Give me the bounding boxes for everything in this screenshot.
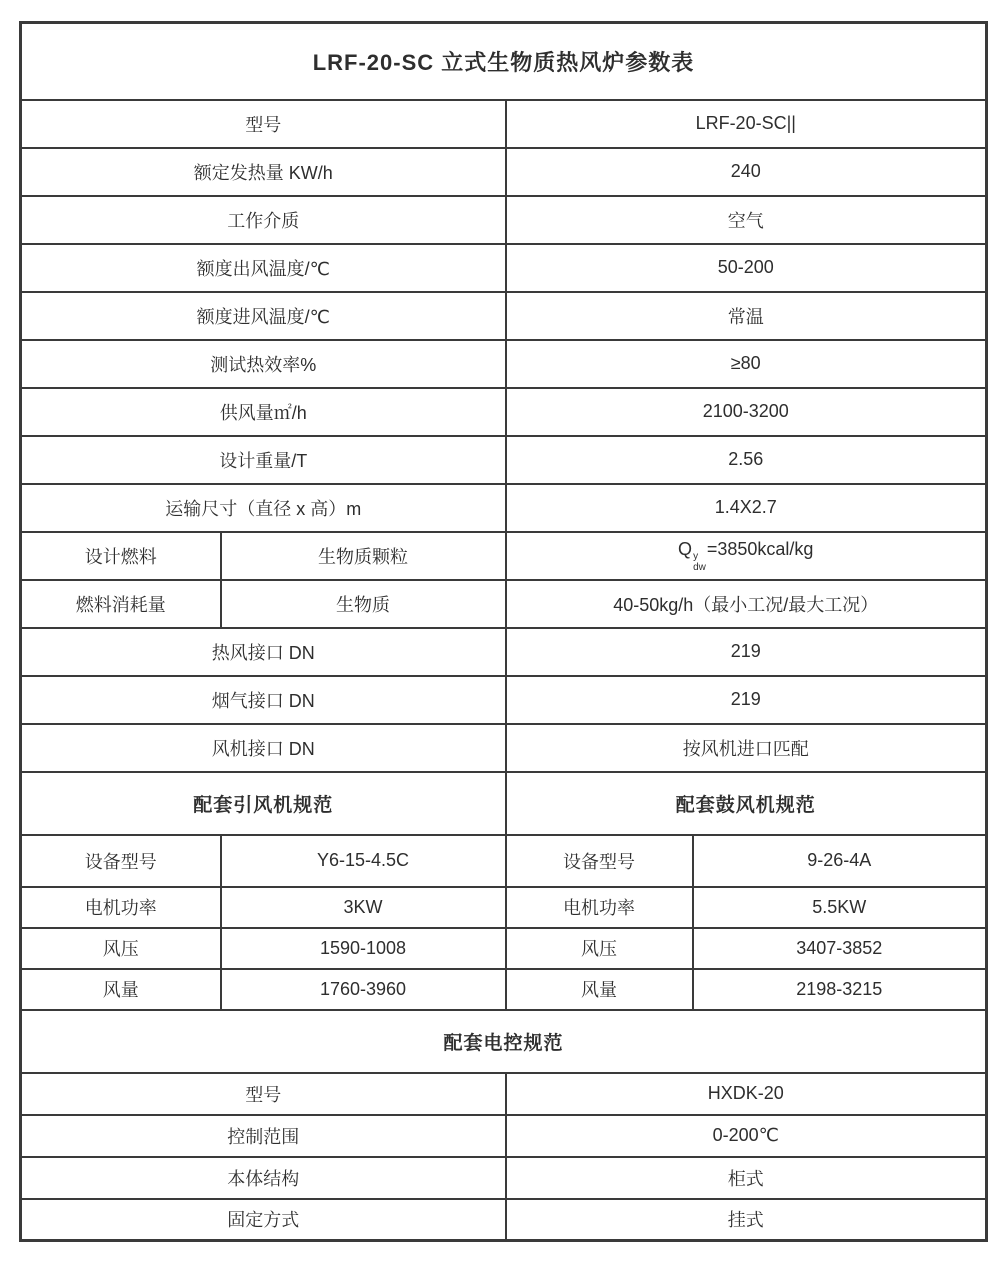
fuel-consumption-row: 燃料消耗量 生物质 40-50kg/h（最小工况/最大工况） xyxy=(21,580,987,628)
fan-section-header-row: 配套引风机规范 配套鼓风机规范 xyxy=(21,772,987,835)
spec-row-outlet-temp: 额度出风温度/℃ 50-200 xyxy=(21,244,987,292)
furnace-spec-table: LRF-20-SC 立式生物质热风炉参数表 型号 LRF-20-SC|| 额定发… xyxy=(19,21,988,1242)
control-row-range: 控制范围 0-200℃ xyxy=(21,1115,987,1157)
spec-row-thermal-efficiency: 测试热效率% ≥80 xyxy=(21,340,987,388)
design-fuel-row: 设计燃料 生物质颗粒 Qydw=3850kcal/kg xyxy=(21,532,987,580)
spec-label: 供风量㎡/h xyxy=(21,388,506,436)
fan-row-device-model: 设备型号 Y6-15-4.5C 设备型号 9-26-4A xyxy=(21,835,987,887)
control-section-header: 配套电控规范 xyxy=(21,1010,987,1073)
spec-label: 测试热效率% xyxy=(21,340,506,388)
fuel-consumption-label: 燃料消耗量 xyxy=(21,580,221,628)
control-value: 挂式 xyxy=(506,1199,987,1241)
control-value: 0-200℃ xyxy=(506,1115,987,1157)
spec-row-working-medium: 工作介质 空气 xyxy=(21,196,987,244)
control-label: 本体结构 xyxy=(21,1157,506,1199)
q-subscript: dw xyxy=(693,563,706,573)
spec-value: 2100-3200 xyxy=(506,388,987,436)
fan-row-air-volume: 风量 1760-3960 风量 2198-3215 xyxy=(21,969,987,1010)
fuel-consumption-type: 生物质 xyxy=(221,580,506,628)
port-label: 热风接口 DN xyxy=(21,628,506,676)
induced-fan-label: 风量 xyxy=(21,969,221,1010)
blower-fan-label: 风压 xyxy=(506,928,693,969)
blower-fan-label: 电机功率 xyxy=(506,887,693,928)
control-value: HXDK-20 xyxy=(506,1073,987,1115)
fan-row-motor-power: 电机功率 3KW 电机功率 5.5KW xyxy=(21,887,987,928)
spec-label: 额定发热量 KW/h xyxy=(21,148,506,196)
port-label: 烟气接口 DN xyxy=(21,676,506,724)
table-title: LRF-20-SC 立式生物质热风炉参数表 xyxy=(21,23,987,100)
control-label: 型号 xyxy=(21,1073,506,1115)
induced-fan-label: 电机功率 xyxy=(21,887,221,928)
induced-fan-value: 3KW xyxy=(221,887,506,928)
port-value: 219 xyxy=(506,628,987,676)
spec-row-transport-size: 运输尺寸（直径 x 高）m 1.4X2.7 xyxy=(21,484,987,532)
spec-value: 2.56 xyxy=(506,436,987,484)
blower-fan-value: 3407-3852 xyxy=(693,928,987,969)
control-row-mounting: 固定方式 挂式 xyxy=(21,1199,987,1241)
design-fuel-value: Qydw=3850kcal/kg xyxy=(506,532,987,580)
q-superscript: y xyxy=(693,552,706,562)
induced-fan-header: 配套引风机规范 xyxy=(21,772,506,835)
spec-label: 设计重量/T xyxy=(21,436,506,484)
control-section-header-row: 配套电控规范 xyxy=(21,1010,987,1073)
design-fuel-type: 生物质颗粒 xyxy=(221,532,506,580)
control-row-structure: 本体结构 柜式 xyxy=(21,1157,987,1199)
spec-label: 型号 xyxy=(21,100,506,148)
blower-fan-label: 风量 xyxy=(506,969,693,1010)
induced-fan-value: 1760-3960 xyxy=(221,969,506,1010)
blower-fan-header: 配套鼓风机规范 xyxy=(506,772,987,835)
spec-row-model: 型号 LRF-20-SC|| xyxy=(21,100,987,148)
control-value: 柜式 xyxy=(506,1157,987,1199)
spec-label: 额度进风温度/℃ xyxy=(21,292,506,340)
blower-fan-value: 5.5KW xyxy=(693,887,987,928)
spec-row-air-supply: 供风量㎡/h 2100-3200 xyxy=(21,388,987,436)
spec-label: 工作介质 xyxy=(21,196,506,244)
port-row-fan: 风机接口 DN 按风机进口匹配 xyxy=(21,724,987,772)
port-row-flue-gas: 烟气接口 DN 219 xyxy=(21,676,987,724)
blower-fan-label: 设备型号 xyxy=(506,835,693,887)
q-symbol: Q xyxy=(678,539,692,559)
port-label: 风机接口 DN xyxy=(21,724,506,772)
spec-value: LRF-20-SC|| xyxy=(506,100,987,148)
spec-value: 240 xyxy=(506,148,987,196)
induced-fan-value: 1590-1008 xyxy=(221,928,506,969)
spec-row-design-weight: 设计重量/T 2.56 xyxy=(21,436,987,484)
blower-fan-value: 2198-3215 xyxy=(693,969,987,1010)
q-script: ydw xyxy=(693,553,706,573)
control-row-model: 型号 HXDK-20 xyxy=(21,1073,987,1115)
q-rest: =3850kcal/kg xyxy=(707,539,814,559)
spec-row-inlet-temp: 额度进风温度/℃ 常温 xyxy=(21,292,987,340)
page: LRF-20-SC 立式生物质热风炉参数表 型号 LRF-20-SC|| 额定发… xyxy=(0,0,1000,1267)
spec-value: ≥80 xyxy=(506,340,987,388)
spec-label: 运输尺寸（直径 x 高）m xyxy=(21,484,506,532)
title-row: LRF-20-SC 立式生物质热风炉参数表 xyxy=(21,23,987,100)
port-value: 按风机进口匹配 xyxy=(506,724,987,772)
spec-value: 常温 xyxy=(506,292,987,340)
fan-row-wind-pressure: 风压 1590-1008 风压 3407-3852 xyxy=(21,928,987,969)
spec-label: 额度出风温度/℃ xyxy=(21,244,506,292)
blower-fan-value: 9-26-4A xyxy=(693,835,987,887)
design-fuel-label: 设计燃料 xyxy=(21,532,221,580)
port-row-hot-air: 热风接口 DN 219 xyxy=(21,628,987,676)
control-label: 固定方式 xyxy=(21,1199,506,1241)
spec-row-rated-heat: 额定发热量 KW/h 240 xyxy=(21,148,987,196)
induced-fan-label: 设备型号 xyxy=(21,835,221,887)
fuel-consumption-value: 40-50kg/h（最小工况/最大工况） xyxy=(506,580,987,628)
control-label: 控制范围 xyxy=(21,1115,506,1157)
spec-value: 50-200 xyxy=(506,244,987,292)
port-value: 219 xyxy=(506,676,987,724)
spec-value: 空气 xyxy=(506,196,987,244)
induced-fan-value: Y6-15-4.5C xyxy=(221,835,506,887)
induced-fan-label: 风压 xyxy=(21,928,221,969)
spec-value: 1.4X2.7 xyxy=(506,484,987,532)
